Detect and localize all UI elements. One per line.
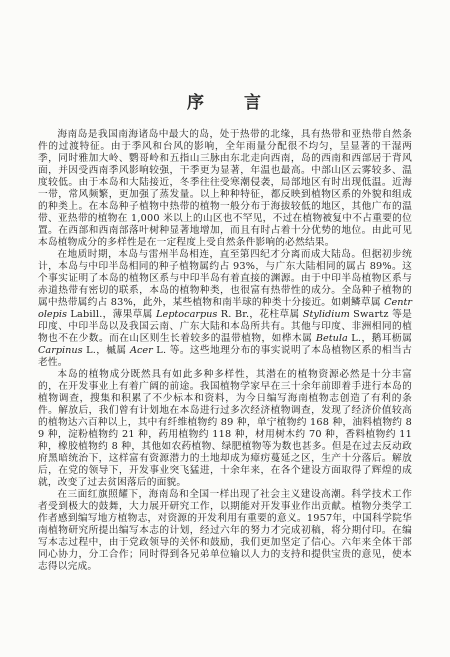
paragraph-2: 在地质时期，本岛与雷州半岛相连，直至第四纪才分离而成大陆岛。但据初步统计，本岛与… <box>38 249 412 369</box>
page-title: 序 言 <box>38 88 412 113</box>
preface-body: 海南岛是我国南海诸岛中最大的岛，处于热带的北缘，具有热带和亚热带自然条件的过渡特… <box>38 129 412 573</box>
document-page: 序 言 海南岛是我国南海诸岛中最大的岛，处于热带的北缘，具有热带和亚热带自然条件… <box>0 0 450 657</box>
paragraph-3: 本岛的植物成分既然具有如此多种多样性，其潜在的植物资源必然是十分丰富的，在开发事… <box>38 369 412 489</box>
paragraph-4: 在三面红旗照耀下，海南岛和全国一样出现了社会主义建设高潮。科学技术工作者受到极大… <box>38 489 412 573</box>
paragraph-1: 海南岛是我国南海诸岛中最大的岛，处于热带的北缘，具有热带和亚热带自然条件的过渡特… <box>38 129 412 249</box>
